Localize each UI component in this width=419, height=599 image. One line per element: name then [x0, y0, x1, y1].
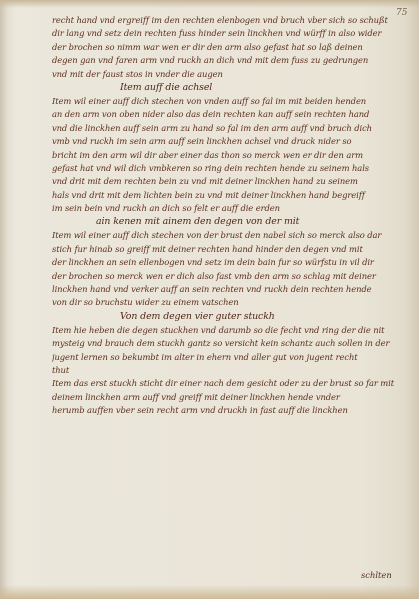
text-line: im sein bein vnd ruckh an dich so felt e… [52, 202, 398, 215]
text-line: dir lang vnd setz dein rechten fuss hind… [52, 27, 398, 40]
section-heading: Von dem degen vier guter stuckh [52, 310, 398, 324]
manuscript-text: recht hand vnd ergreiff im den rechten e… [52, 14, 398, 418]
section-heading: ain kenen mit ainem den degen von der mi… [52, 215, 398, 229]
text-section: recht hand vnd ergreiff im den rechten e… [52, 14, 398, 81]
text-line: vnd die linckhen auff sein arm zu hand s… [52, 122, 398, 135]
text-line: der brochen so nimm war wen er dir den a… [52, 41, 398, 54]
text-section: Von dem degen vier guter stuckh Item hie… [52, 310, 398, 378]
text-line: mysteig vnd brauch dem stuckh gantz so v… [52, 337, 398, 350]
text-line: thut [52, 364, 398, 377]
manuscript-page: 75 recht hand vnd ergreiff im den rechte… [0, 0, 419, 599]
text-line: linckhen hand vnd verker auff an sein re… [52, 283, 398, 296]
text-line: degen gan vnd faren arm vnd ruckh an dic… [52, 54, 398, 67]
text-line: vmb vnd ruckh im sein arm auff sein linc… [52, 135, 398, 148]
text-line: stich fur hinab so greiff mit deiner rec… [52, 243, 398, 256]
text-line: Item das erst stuckh sticht dir einer na… [52, 377, 398, 390]
section-heading: Item auff die achsel [52, 81, 398, 95]
catchword: schlten [361, 570, 392, 580]
text-line: der linckhen an sein ellenbogen vnd setz… [52, 256, 398, 269]
text-line: vnd mit der faust stos in vnder die auge… [52, 68, 398, 81]
text-section: Item auff die achsel Item wil einer auff… [52, 81, 398, 216]
text-line: von dir so bruchstu wider zu einem vatsc… [52, 296, 398, 309]
text-line: recht hand vnd ergreiff im den rechten e… [52, 14, 398, 27]
text-line: an den arm von oben nider also das dein … [52, 108, 398, 121]
text-section: ain kenen mit ainem den degen von der mi… [52, 215, 398, 309]
text-line: gefast hat vnd wil dich vmbkeren so ring… [52, 162, 398, 175]
text-line: vnd drit mit dem rechten bein zu vnd mit… [52, 175, 398, 188]
text-section: Item das erst stuckh sticht dir einer na… [52, 377, 398, 417]
text-line: Item wil einer auff dich stechen von der… [52, 229, 398, 242]
text-line: herumb auffen vber sein recht arm vnd dr… [52, 404, 398, 417]
text-line: der brochen so merck wen er dich also fa… [52, 270, 398, 283]
text-line: Item hie heben die degen stuckhen vnd da… [52, 324, 398, 337]
text-line: Item wil einer auff dich stechen von vnd… [52, 95, 398, 108]
text-line: deinem linckhen arm auff vnd greiff mit … [52, 391, 398, 404]
text-line: hals vnd drit mit dem lichten bein zu vn… [52, 189, 398, 202]
text-line: jugent lernen so bekumbt im alter in ehe… [52, 351, 398, 364]
text-line: bricht im den arm wil dir aber einer das… [52, 149, 398, 162]
